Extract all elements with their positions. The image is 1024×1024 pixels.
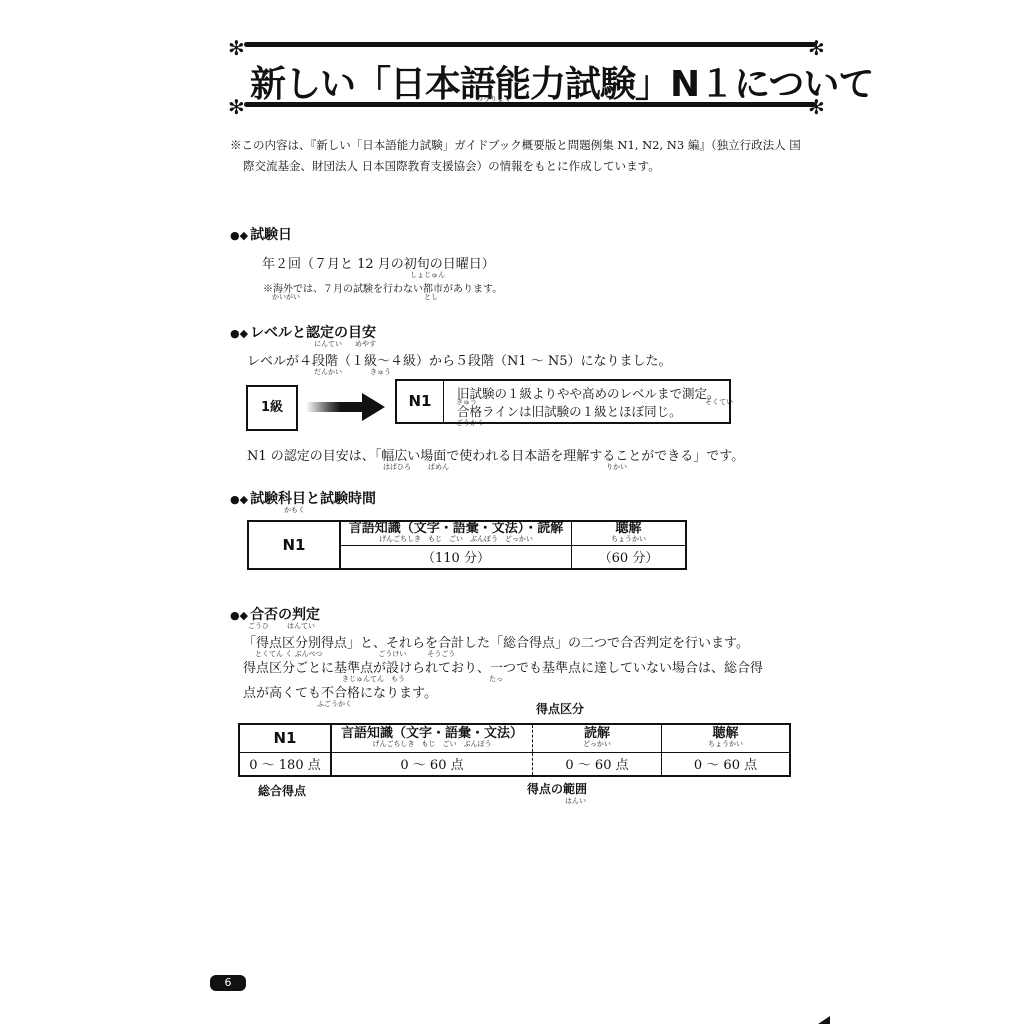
pass-fail-line-2: 得点区分ごとに基準点が設けられており、一つでも基準点に達していない場合は、総合得 — [243, 657, 763, 676]
language-score-range: 0 〜 60 点 — [331, 752, 533, 776]
levels-text: レベルが４段階（１級〜４級）から５段階（N1 〜 N5）になりました。 — [247, 350, 672, 369]
total-score-label: 総合得点 — [258, 782, 306, 799]
level-cell: N1 — [248, 521, 340, 569]
ruby: そくてい — [705, 397, 733, 407]
ruby: とし — [424, 292, 438, 302]
section-heading-exam-date: ●◆試験日 — [230, 224, 292, 244]
ruby: はんてい — [287, 621, 315, 631]
heading-text: 試験科目と試験時間 — [250, 491, 376, 507]
ruby: ごうひ — [248, 621, 269, 631]
arrow-icon — [306, 392, 386, 422]
header-label: 言語知識（文字・語彙・文法） — [341, 726, 523, 741]
bullet-icon: ●◆ — [230, 609, 248, 622]
ruby: りかい — [606, 462, 627, 472]
new-level-desc-1: 旧試験の１級よりやや高めのレベルまで測定。 — [457, 384, 720, 402]
col-header-listening: 聴解 ちょうかい — [662, 724, 791, 752]
ruby: はんい — [565, 796, 586, 806]
star-icon: ✻ — [228, 97, 245, 117]
level-cell: N1 — [239, 724, 331, 752]
star-icon: ✻ — [228, 38, 245, 58]
page-number-badge: 6 — [210, 975, 246, 991]
intro-line-2: 際交流基金、財団法人 日本国際教育支援協会）の情報をもとに作成しています。 — [243, 158, 660, 174]
intro-line-1: ※この内容は、『新しい「日本語能力試験」ガイドブック概要版と問題例集 N1, N… — [230, 137, 801, 153]
bullet-icon: ●◆ — [230, 327, 248, 340]
star-icon: ✻ — [808, 38, 825, 58]
score-range-label: 得点の範囲 — [527, 780, 587, 797]
score-table: N1 言語知識（文字・語彙・文法） げんごちしき もじ ごい ぶんぽう 読解 ど… — [238, 723, 791, 777]
ruby: かもく — [284, 505, 305, 515]
header-label: 言語知識（文字・語彙・文法）・読解 — [349, 521, 564, 536]
ruby: めやす — [355, 339, 376, 349]
title-ruby: のうりょく — [476, 94, 511, 104]
total-score-range: 0 〜 180 点 — [239, 752, 331, 776]
score-category-label: 得点区分 — [536, 700, 584, 717]
col-header-listening: 聴解 ちょうかい — [572, 521, 687, 545]
heading-text: 試験日 — [250, 227, 292, 243]
subjects-table: N1 言語知識（文字・語彙・文法）・読解 げんごちしき もじ ごい ぶんぽう ど… — [247, 520, 687, 570]
header-ruby: げんごちしき もじ ごい ぶんぽう どっかい — [341, 535, 571, 543]
ruby: ごうかく — [456, 418, 484, 428]
time-listening: （60 分） — [572, 545, 687, 569]
col-header-reading: 読解 どっかい — [533, 724, 662, 752]
ruby: かいがい — [272, 292, 300, 302]
old-level-box: 1級 — [246, 385, 298, 431]
new-level-desc-2: 合格ラインは旧試験の１級とほぼ同じ。 — [457, 402, 682, 420]
time-language: （110 分） — [340, 545, 572, 569]
header-ruby: ちょうかい — [662, 740, 789, 748]
ruby: きゅう — [456, 397, 477, 407]
ruby: ふごうかく — [317, 699, 352, 709]
ruby: にんてい — [314, 339, 342, 349]
ruby: はばひろ — [383, 462, 411, 472]
reading-score-range: 0 〜 60 点 — [533, 752, 662, 776]
ruby: きゅう — [370, 367, 391, 377]
col-header-language-knowledge: 言語知識（文字・語彙・文法） げんごちしき もじ ごい ぶんぽう — [331, 724, 533, 752]
col-header-language: 言語知識（文字・語彙・文法）・読解 げんごちしき もじ ごい ぶんぽう どっかい — [340, 521, 572, 545]
listening-score-range: 0 〜 60 点 — [662, 752, 791, 776]
header-label: 聴解 — [712, 726, 738, 741]
new-level-box: N1 旧試験の１級よりやや高めのレベルまで測定。 合格ラインは旧試験の１級とほぼ… — [395, 379, 731, 424]
bullet-icon: ●◆ — [230, 493, 248, 506]
header-ruby: げんごちしき もじ ごい ぶんぽう — [332, 740, 532, 748]
exam-date-text: 年２回（７月と 12 月の初旬の日曜日） — [262, 253, 495, 272]
ruby: だんかい — [314, 367, 342, 377]
new-level-label: N1 — [397, 381, 444, 422]
header-label: 読解 — [584, 726, 610, 741]
header-top-rule — [244, 42, 816, 47]
levels-summary: N1 の認定の目安は、「幅広い場面で使われる日本語を理解することができる」です。 — [247, 445, 744, 464]
ruby: ばめん — [428, 462, 449, 472]
corner-mark — [818, 1016, 830, 1024]
bullet-icon: ●◆ — [230, 229, 248, 242]
header-ruby: どっかい — [533, 740, 661, 748]
header-label: 聴解 — [615, 521, 641, 536]
ruby: しょじゅん — [410, 270, 445, 280]
page-title: 新しい「日本語能力試験」N１について — [250, 56, 873, 107]
header-ruby: ちょうかい — [572, 535, 685, 543]
